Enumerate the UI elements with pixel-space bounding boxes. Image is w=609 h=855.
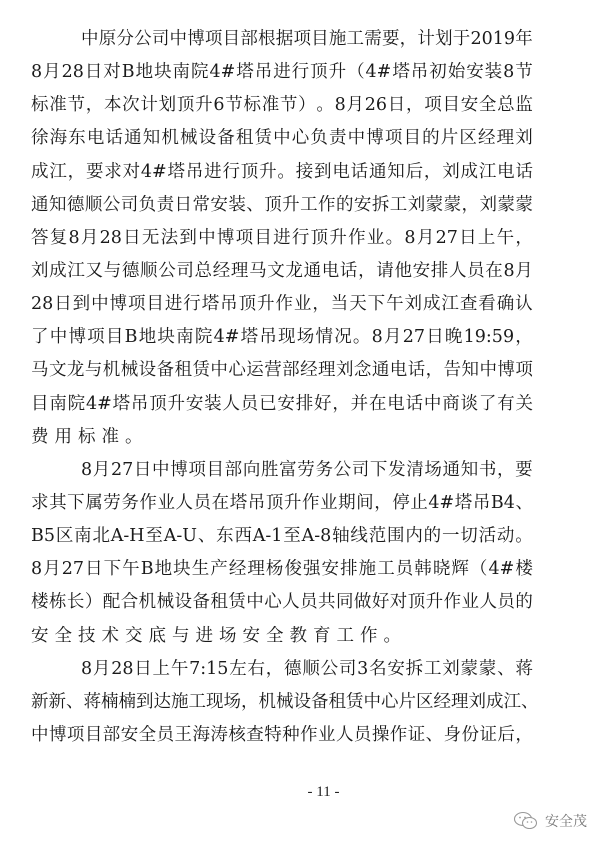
- text-line: 成江，要求对4#塔吊进行顶升。接到电话通知后，刘成江电话: [31, 156, 533, 189]
- text-line: B5区南北A-H至A-U、东西A-1至A-8轴线范围内的一切活动。: [31, 520, 533, 553]
- text-line: 刘成江又与德顺公司总经理马文龙通电话，请他安排人员在8月: [31, 255, 533, 288]
- text-line: 答复8月28日无法到中博项目进行顶升作业。8月27日上午，: [31, 222, 533, 255]
- text-line: 8月27日下午B地块生产经理杨俊强安排施工员韩晓辉（4#楼: [31, 553, 533, 586]
- text-line: 目南院4#塔吊顶升安装人员已安排好，并在电话中商谈了有关: [31, 388, 533, 421]
- document-page: 中原分公司中博项目部根据项目施工需要，计划于2019年 8月28日对B地块南院4…: [0, 0, 609, 855]
- text-line: 通知德顺公司负责日常安装、顶升工作的安拆工刘蒙蒙，刘蒙蒙: [31, 189, 533, 222]
- page-number: - 11 -: [0, 784, 609, 801]
- text-line: 楼栋长）配合机械设备租赁中心人员共同做好对顶升作业人员的: [31, 586, 533, 619]
- text-line: 马文龙与机械设备租赁中心运营部经理刘念通电话，告知中博项: [31, 354, 533, 387]
- text-line: 求其下属劳务作业人员在塔吊顶升作业期间，停止4#塔吊B4、: [31, 487, 533, 520]
- text-line: 中原分公司中博项目部根据项目施工需要，计划于2019年: [31, 23, 533, 56]
- text-line: 徐海东电话通知机械设备租赁中心负责中博项目的片区经理刘: [31, 122, 533, 155]
- watermark-text: 安全茂: [545, 811, 587, 831]
- text-line: 费用标准。: [31, 421, 533, 454]
- text-line: 8月27日中博项目部向胜富劳务公司下发清场通知书，要: [31, 454, 533, 487]
- text-line: 8月28日对B地块南院4#塔吊进行顶升（4#塔吊初始安装8节: [31, 56, 533, 89]
- text-line: 了中博项目B地块南院4#塔吊现场情况。8月27日晚19:59，: [31, 321, 533, 354]
- body-text: 中原分公司中博项目部根据项目施工需要，计划于2019年 8月28日对B地块南院4…: [31, 23, 533, 752]
- text-line: 标准节，本次计划顶升6节标准节）。8月26日，项目安全总监: [31, 89, 533, 122]
- text-line: 新新、蒋楠楠到达施工现场，机械设备租赁中心片区经理刘成江、: [31, 686, 533, 719]
- wechat-icon: [513, 811, 539, 831]
- watermark: 安全茂: [513, 811, 587, 831]
- text-line: 安全技术交底与进场安全教育工作。: [31, 620, 533, 653]
- text-line: 中博项目部安全员王海涛核查特种作业人员操作证、身份证后，: [31, 719, 533, 752]
- text-line: 28日到中博项目进行塔吊顶升作业，当天下午刘成江查看确认: [31, 288, 533, 321]
- text-line: 8月28日上午7:15左右，德顺公司3名安拆工刘蒙蒙、蒋: [31, 653, 533, 686]
